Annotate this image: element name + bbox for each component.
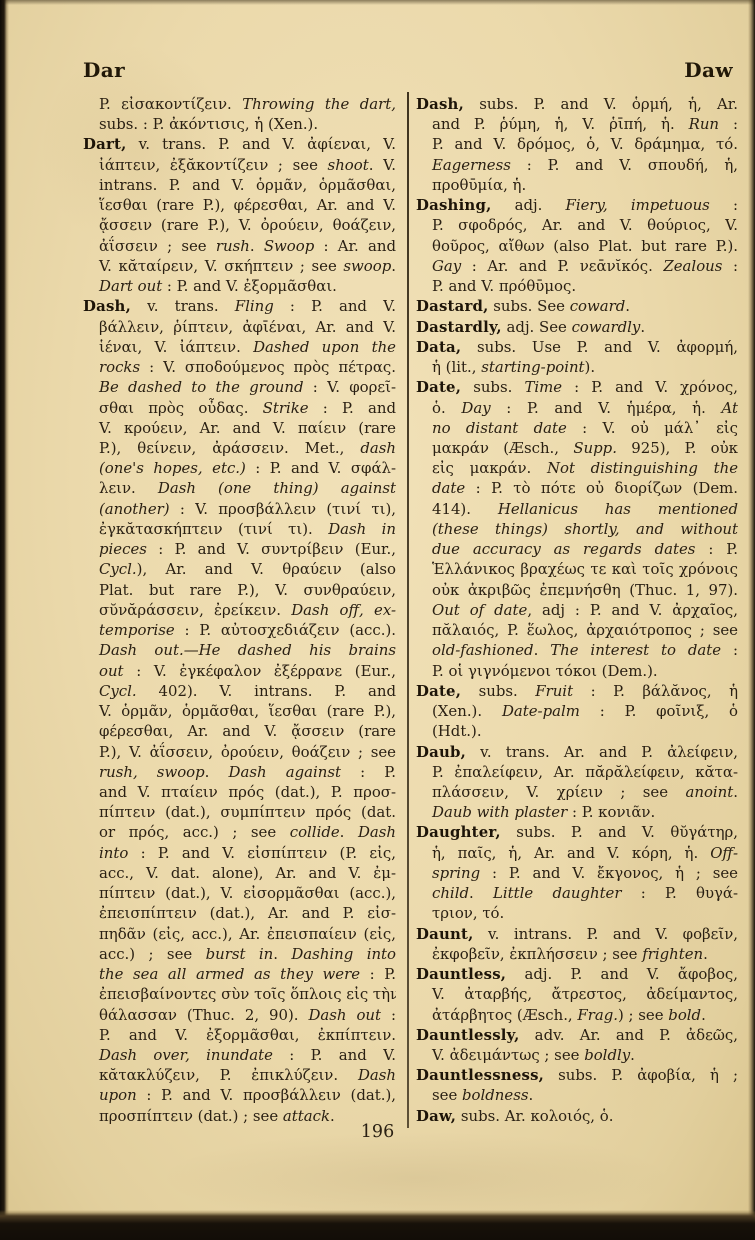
text-segment: θοῦρος, αἴθων (also Plat. but rare P.). — [432, 237, 738, 255]
text-segment: : P. and V. — [274, 297, 396, 315]
text-segment: Ἑλλάνικος βραχέως τε καὶ τοῖς χρόνοις — [432, 560, 738, 578]
text-line: πᾰλαιός, P. ἕωλος, ἀρχαιότροπος ; see — [416, 620, 738, 640]
text-line: μακράν (Æsch., Supp. 925), P. οὐκ — [416, 438, 738, 458]
text-segment: Throwing the dart, — [242, 95, 396, 113]
text-line: 414). Hellanicus has mentioned — [416, 499, 738, 519]
text-segment: : — [719, 115, 738, 133]
scan-edge-bottom — [0, 1210, 755, 1240]
text-line: the sea all armed as they were : P. — [83, 964, 396, 984]
text-line: σῠνᾰράσσειν, ἐρείκειν. Dash off, ex- — [83, 600, 396, 620]
book-page: Dar Daw P. εἰσακοντίζειν. Throwing the d… — [0, 0, 755, 1240]
text-segment: : P. and V. χρόνος, — [562, 378, 738, 396]
headword: Date, — [416, 378, 461, 396]
text-segment: . — [340, 823, 358, 841]
text-line: τριον, τό. — [416, 903, 738, 923]
text-segment: Fruit — [535, 682, 573, 700]
text-line: Dart, v. trans. P. and V. ἀφίεναι, V. — [83, 134, 396, 154]
text-segment: acc.) ; see — [99, 945, 206, 963]
text-line: rocks : V. σποδούμενος πρὸς πέτρας. — [83, 357, 396, 377]
text-segment: temporise — [99, 621, 175, 639]
text-segment: (another) — [99, 500, 170, 518]
text-line: πλάσσειν, V. χρίειν ; see anoint. — [416, 782, 738, 802]
text-segment: P. εἰσακοντίζειν. — [99, 95, 242, 113]
text-line: ᾄσσειν (rare P.), V. ὀρούειν, θοάζειν, — [83, 215, 396, 235]
text-segment: τριον, τό. — [432, 904, 504, 922]
text-segment: (one's hopes, etc.) — [99, 459, 246, 477]
text-line: P. and V. δρόμος, ὁ, V. δράμημα, τό. — [416, 134, 738, 154]
text-segment: ἀΐσσειν ; see — [99, 237, 216, 255]
text-line: Dauntless, adj. P. and V. ἄφοβος, — [416, 964, 738, 984]
text-line: P. and V. πρόθῡμος. — [416, 276, 738, 296]
text-segment: due accuracy as regards dates — [432, 540, 695, 558]
text-segment: ἱέναι, V. ἰάπτειν. — [99, 338, 253, 356]
text-line: V. ἀδειμάντως ; see boldly. — [416, 1045, 738, 1065]
text-segment: Cycl. — [99, 560, 137, 578]
text-segment: Hellanicus has mentioned — [498, 500, 738, 518]
text-line: ἱέναι, V. ἰάπτειν. Dashed upon the — [83, 337, 396, 357]
text-segment: : P. and V. ἡμέρα, ἡ. — [491, 399, 722, 417]
text-segment: Dash — [358, 823, 396, 841]
text-segment: : V. σποδούμενος πρὸς πέτρας. — [140, 358, 396, 376]
text-line: P. and V. ἐξορμᾶσθαι, ἐκπίπτειν. — [83, 1025, 396, 1045]
text-segment: : P. and V. ἐξορμᾶσθαι. — [162, 277, 337, 295]
text-line: out : V. ἐγκέφαλον ἐξέρρανε (Eur., — [83, 661, 396, 681]
text-segment: Supp. — [573, 439, 617, 457]
text-segment: : P. τὸ πότε οὐ διορίζων (Dem. — [465, 479, 738, 497]
text-segment: v. trans. P. and V. ἀφίεναι, V. — [126, 135, 396, 153]
text-segment: date — [432, 479, 465, 497]
text-segment: Gay — [432, 257, 461, 275]
text-line: ἐπεισπίπτειν (dat.), Ar. and P. εἰσ- — [83, 903, 396, 923]
text-segment: acc., V. dat. alone), Ar. and V. ἐμ- — [99, 864, 396, 882]
text-segment: dash — [360, 439, 396, 457]
headword: Daunt, — [416, 925, 473, 943]
text-segment: Little daughter — [493, 884, 621, 902]
text-line: into : P. and V. εἰσπίπτειν (P. εἰς, — [83, 843, 396, 863]
text-segment: bold — [668, 1006, 701, 1024]
headword: Dastard, — [416, 297, 489, 315]
text-segment: ἡ, παῖς, ἡ, Ar. and V. κόρη, ἡ. — [432, 844, 710, 862]
text-segment: P.), V. ἀΐσσειν, ὀρούειν, θοάζειν ; see — [99, 743, 396, 761]
text-segment: σῠνᾰράσσειν, ἐρείκειν. — [99, 601, 291, 619]
text-line: Daughter, subs. P. and V. θῠγάτηρ, — [416, 822, 738, 842]
text-segment: : P. and V. συντρίβειν (Eur., — [147, 540, 396, 558]
text-segment: , adj : P. and V. ἀρχαῖος, — [527, 601, 738, 619]
text-line: φέρεσθαι, Ar. and V. ᾄσσειν (rare — [83, 721, 396, 741]
text-segment: boldness — [462, 1086, 528, 1104]
text-segment: Time — [524, 378, 562, 396]
text-segment: : P. and — [309, 399, 396, 417]
text-segment: : V. οὐ μάλ᾽ εἰς — [567, 419, 738, 437]
text-segment: οὐκ ἀκριβῶς ἐπεμνήσθη (Thuc. 1, 97). — [432, 581, 738, 599]
text-segment: P. and V. ἐξορμᾶσθαι, ἐκπίπτειν. — [99, 1026, 396, 1044]
text-line: θάλασσαν (Thuc. 2, 90). Dash out : — [83, 1005, 396, 1025]
text-segment: into — [99, 844, 128, 862]
text-line: Dauntlessness, subs. P. ἀφοβία, ἡ ; — [416, 1065, 738, 1085]
text-segment: : P. — [341, 763, 396, 781]
text-segment: . — [469, 884, 493, 902]
text-line: or πρός, acc.) ; see collide. Dash — [83, 822, 396, 842]
text-line: see boldness. — [416, 1085, 738, 1105]
text-segment: adj. P. and V. ἄφοβος, — [506, 965, 738, 983]
text-segment: P. σφοδρός, Ar. and V. θούριος, V. — [432, 216, 738, 234]
text-segment: : P. and V. ἔκγονος, ἡ ; see — [480, 864, 738, 882]
text-line: (Hdt.). — [416, 721, 738, 741]
text-line: date : P. τὸ πότε οὐ διορίζων (Dem. — [416, 478, 738, 498]
text-line: πίπτειν (dat.), V. εἰσορμᾶσθαι (acc.), — [83, 883, 396, 903]
scan-edge-right — [748, 0, 755, 1240]
text-segment: : — [721, 641, 738, 659]
text-line: πίπτειν (dat.), συμπίπτειν πρός (dat. — [83, 802, 396, 822]
text-segment: subs. P. ἀφοβία, ἡ ; — [544, 1066, 738, 1084]
text-segment: shoot — [328, 156, 369, 174]
text-segment: rocks — [99, 358, 140, 376]
text-line: Eagerness : P. and V. σπουδή, ἡ, — [416, 155, 738, 175]
text-line: ἐκφοβεῖν, ἐκπλήσσειν ; see frighten. — [416, 944, 738, 964]
text-line: Gay : Ar. and P. νεᾱνῐκός. Zealous : — [416, 256, 738, 276]
text-line: old-fashioned. The interest to date : — [416, 640, 738, 660]
text-segment: Eagerness — [432, 156, 511, 174]
headword: Dashing, — [416, 196, 491, 214]
text-segment: see — [432, 1086, 462, 1104]
text-segment: πᾰλαιός, P. ἕωλος, ἀρχαιότροπος ; see — [432, 621, 738, 639]
text-segment: Dashed upon the — [253, 338, 396, 356]
text-segment: ἐκφοβεῖν, ἐκπλήσσειν ; see — [432, 945, 642, 963]
text-segment: upon — [99, 1086, 137, 1104]
text-line: ἐπεισβαίνοντες σὺν τοῖς ὅπλοις εἰς τὴν — [83, 984, 396, 1004]
text-line: (another) : V. προσβάλλειν (τινί τι), — [83, 499, 396, 519]
text-segment: V. ἀδειμάντως ; see — [432, 1046, 584, 1064]
text-line: P. ἐπαλείφειν, Ar. πᾰρᾰλείφειν, κᾰτα- — [416, 762, 738, 782]
text-segment: βάλλειν, ῥίπτειν, ἀφῑέναι, Ar. and V. — [99, 318, 396, 336]
text-segment: rush — [216, 237, 250, 255]
text-line: subs. : P. ἀκόντισις, ἡ (Xen.). — [83, 114, 396, 134]
text-line: Date, subs. Time : P. and V. χρόνος, — [416, 377, 738, 397]
headword: Dauntlessly, — [416, 1026, 519, 1044]
headword: Dauntlessness, — [416, 1066, 544, 1084]
text-line: Dastardly, adj. See cowardly. — [416, 317, 738, 337]
text-segment: : P. αὐτοσχεδιάζειν (acc.). — [175, 621, 396, 639]
text-segment: Date-palm — [502, 702, 580, 720]
text-line: P. οἱ γιγνόμενοι τόκοι (Dem.). — [416, 661, 738, 681]
text-segment: . V. — [369, 156, 396, 174]
text-segment: ἰάπτειν, ἐξᾰκοντίζειν ; see — [99, 156, 328, 174]
text-segment: . — [528, 1086, 533, 1104]
text-line: Dash out.—He dashed his brains — [83, 640, 396, 660]
text-segment: V. ὁρμᾶν, ὁρμᾶσθαι, ἵεσθαι (rare P.), — [99, 702, 396, 720]
text-line: Daub, v. trans. Ar. and P. ἀλείφειν, — [416, 742, 738, 762]
text-segment: collide — [290, 823, 340, 841]
page-number: 196 — [0, 1122, 755, 1142]
text-segment: (Hdt.). — [432, 722, 482, 740]
text-line: ἐγκᾰτασκήπτειν (τινί τι). Dash in — [83, 519, 396, 539]
text-segment: frighten — [642, 945, 703, 963]
dictionary-column-left: P. εἰσακοντίζειν. Throwing the dart,subs… — [83, 94, 396, 1126]
text-line: θοῦρος, αἴθων (also Plat. but rare P.). — [416, 236, 738, 256]
text-line: acc., V. dat. alone), Ar. and V. ἐμ- — [83, 863, 396, 883]
text-segment: Dash over, inundate — [99, 1046, 273, 1064]
text-segment: . — [273, 945, 291, 963]
text-segment: out — [99, 662, 124, 680]
text-segment: : P. βάλᾰνος, ἡ — [573, 682, 738, 700]
text-segment: . — [534, 641, 551, 659]
text-segment: cowardly — [572, 318, 641, 336]
text-segment: ἐγκᾰτασκήπτειν (τινί τι). — [99, 520, 328, 538]
text-segment: old-fashioned — [432, 641, 534, 659]
text-segment: : V. προσβάλλειν (τινί τι), — [170, 500, 396, 518]
text-segment: Dash (one thing) against — [158, 479, 396, 497]
text-segment: . — [703, 945, 708, 963]
text-line: acc.) ; see burst in. Dashing into — [83, 944, 396, 964]
text-segment: Out of date — [432, 601, 527, 619]
text-segment: σθαι πρὸς οὖδας. — [99, 399, 263, 417]
text-segment: Dash off, ex- — [291, 601, 396, 619]
headword: Data, — [416, 338, 461, 356]
text-segment: Zealous — [663, 257, 722, 275]
text-line: ἀΐσσειν ; see rush. Swoop : Ar. and — [83, 236, 396, 256]
text-line: Dash, subs. P. and V. ὁρμή, ἡ, Ar. — [416, 94, 738, 114]
text-segment: Run — [689, 115, 719, 133]
text-segment: : P. and V. σπουδή, ἡ, — [511, 156, 738, 174]
text-line: spring : P. and V. ἔκγονος, ἡ ; see — [416, 863, 738, 883]
text-segment: . — [640, 318, 645, 336]
text-segment: Cycl. — [99, 682, 137, 700]
text-line: σθαι πρὸς οὖδας. Strike : P. and — [83, 398, 396, 418]
text-line: Cycl. 402). V. intrans. P. and — [83, 681, 396, 701]
text-segment: φέρεσθαι, Ar. and V. ᾄσσειν (rare — [99, 722, 396, 740]
text-segment: . — [391, 257, 396, 275]
text-segment: Frag. — [577, 1006, 618, 1024]
headword: Daub, — [416, 743, 466, 761]
text-line: Cycl.), Ar. and V. θραύειν (also — [83, 559, 396, 579]
text-segment: P. and V. πρόθῡμος. — [432, 277, 576, 295]
headword: Daughter, — [416, 823, 501, 841]
text-segment: burst in — [206, 945, 274, 963]
text-segment: Day — [461, 399, 490, 417]
text-segment: child — [432, 884, 469, 902]
text-line: ἀτάρβητος (Æsch., Frag.) ; see bold. — [416, 1005, 738, 1025]
text-segment: P.), θείνειν, ἀράσσειν. Met., — [99, 439, 360, 457]
text-segment: and V. πταίειν πρός (dat.), P. προσ- — [99, 783, 396, 801]
text-segment: προθῡμία, ἡ. — [432, 176, 526, 194]
text-segment: . — [630, 1046, 635, 1064]
text-line: ἰάπτειν, ἐξᾰκοντίζειν ; see shoot. V. — [83, 155, 396, 175]
text-line: ἡ, παῖς, ἡ, Ar. and V. κόρη, ἡ. Off- — [416, 843, 738, 863]
text-segment: Daub with plaster — [432, 803, 567, 821]
text-line: οὐκ ἀκριβῶς ἐπεμνήσθη (Thuc. 1, 97). — [416, 580, 738, 600]
running-head-right: Daw — [684, 58, 733, 82]
text-line: upon : P. and V. προσβάλλειν (dat.), — [83, 1085, 396, 1105]
text-segment: . — [205, 763, 229, 781]
text-segment: . — [250, 237, 264, 255]
text-segment: the sea all armed as they were — [99, 965, 360, 983]
text-line: ἵεσθαι (rare P.), φέρεσθαι, Ar. and V. — [83, 195, 396, 215]
text-segment: 414). — [432, 500, 498, 518]
text-segment: adj. — [491, 196, 565, 214]
text-line: ὁ. Day : P. and V. ἡμέρα, ἡ. At — [416, 398, 738, 418]
text-segment: Dashing into — [291, 945, 396, 963]
text-segment: V. κᾰταίρειν, V. σκήπτειν ; see — [99, 257, 343, 275]
text-segment: pieces — [99, 540, 147, 558]
headword: Dauntless, — [416, 965, 506, 983]
text-segment: Plat. but rare P.), V. συνθραύειν, — [99, 581, 396, 599]
text-segment: : P. — [695, 540, 738, 558]
text-segment: Fling — [235, 297, 274, 315]
text-line: V. ἀταρβής, ἄτρεστος, ἀδείμαντος, — [416, 984, 738, 1004]
text-segment: . — [701, 1006, 706, 1024]
text-segment: : V. φορεῖ- — [304, 378, 396, 396]
text-line: λειν. Dash (one thing) against — [83, 478, 396, 498]
text-segment: Dash — [358, 1066, 396, 1084]
text-segment: Be dashed to the ground — [99, 378, 304, 396]
text-segment: . — [733, 783, 738, 801]
text-segment: Dash in — [328, 520, 396, 538]
running-heads: Dar Daw — [83, 58, 733, 82]
text-segment: ἡ (lit., — [432, 358, 481, 376]
text-segment: and P. ῥύμη, ἡ, V. ῥῑπή, ἡ. — [432, 115, 689, 133]
text-segment: adv. Ar. and P. ἀδεῶς, — [519, 1026, 738, 1044]
text-line: P. σφοδρός, Ar. and V. θούριος, V. — [416, 215, 738, 235]
text-segment: Strike — [263, 399, 309, 417]
scan-edge-left — [0, 0, 9, 1240]
text-segment: At — [722, 399, 738, 417]
text-line: due accuracy as regards dates : P. — [416, 539, 738, 559]
text-line: Dashing, adj. Fiery, impetuous : — [416, 195, 738, 215]
text-line: Dart out : P. and V. ἐξορμᾶσθαι. — [83, 276, 396, 296]
text-line: intrans. P. and V. ὁρμᾶν, ὁρμᾶσθαι, — [83, 175, 396, 195]
text-segment: : P. and V. — [273, 1046, 396, 1064]
text-segment: The interest to date — [550, 641, 721, 659]
text-segment: πλάσσειν, V. χρίειν ; see — [432, 783, 685, 801]
text-line: pieces : P. and V. συντρίβειν (Eur., — [83, 539, 396, 559]
text-segment: 402). V. intrans. P. and — [137, 682, 396, 700]
headword: Dash, — [83, 297, 131, 315]
text-segment: v. trans. Ar. and P. ἀλείφειν, — [466, 743, 738, 761]
text-segment: θάλασσαν (Thuc. 2, 90). — [99, 1006, 308, 1024]
text-segment: starting-point — [481, 358, 584, 376]
text-segment: Not distinguishing the — [547, 459, 738, 477]
text-segment: : Ar. and P. νεᾱνῐκός. — [461, 257, 663, 275]
text-segment: : P. θυγά- — [621, 884, 738, 902]
text-segment: : P. — [360, 965, 396, 983]
text-segment: πίπτειν (dat.), V. εἰσορμᾶσθαι (acc.), — [99, 884, 396, 902]
text-segment: : — [381, 1006, 396, 1024]
column-divider-rule — [407, 92, 409, 1128]
text-line: Dash over, inundate : P. and V. — [83, 1045, 396, 1065]
text-segment: κᾰτακλύζειν, P. ἐπικλύζειν. — [99, 1066, 358, 1084]
text-segment: P. ἐπαλείφειν, Ar. πᾰρᾰλείφειν, κᾰτα- — [432, 763, 738, 781]
text-segment: swoop — [343, 257, 391, 275]
text-segment: (Xen.). — [432, 702, 502, 720]
text-line: Out of date, adj : P. and V. ἀρχαῖος, — [416, 600, 738, 620]
text-segment: μακράν (Æsch., — [432, 439, 573, 457]
text-segment: anoint — [685, 783, 733, 801]
text-line: V. κᾰταίρειν, V. σκήπτειν ; see swoop. — [83, 256, 396, 276]
text-line: Date, subs. Fruit : P. βάλᾰνος, ἡ — [416, 681, 738, 701]
headword: Dash, — [416, 95, 464, 113]
text-line: (these things) shortly, and without — [416, 519, 738, 539]
text-line: P.), θείνειν, ἀράσσειν. Met., dash — [83, 438, 396, 458]
text-line: no distant date : V. οὐ μάλ᾽ εἰς — [416, 418, 738, 438]
text-line: V. κρούειν, Ar. and V. παίειν (rare — [83, 418, 396, 438]
text-segment: πίπτειν (dat.), συμπίπτειν πρός (dat. — [99, 803, 396, 821]
text-line: Ἑλλάνικος βραχέως τε καὶ τοῖς χρόνοις — [416, 559, 738, 579]
text-segment: ἐπεισβαίνοντες σὺν τοῖς ὅπλοις εἰς τὴν — [99, 985, 396, 1003]
text-segment: rush, swoop — [99, 763, 205, 781]
text-segment: adj. See — [502, 318, 572, 336]
text-segment: Fiery, impetuous — [566, 196, 710, 214]
text-line: Dastard, subs. See coward. — [416, 296, 738, 316]
text-segment: ἵεσθαι (rare P.), φέρεσθαι, Ar. and V. — [99, 196, 396, 214]
text-segment: P. and V. δρόμος, ὁ, V. δράμημα, τό. — [432, 135, 738, 153]
text-segment: subs. — [461, 378, 524, 396]
dictionary-column-right: Dash, subs. P. and V. ὁρμή, ἡ, Ar.and P.… — [416, 94, 738, 1126]
text-segment: v. intrans. P. and V. φοβεῖν, — [473, 925, 738, 943]
text-segment: : — [722, 257, 738, 275]
text-segment: : P. and V. προσβάλλειν (dat.), — [137, 1086, 396, 1104]
text-line: (one's hopes, etc.) : P. and V. σφάλ- — [83, 458, 396, 478]
text-line: V. ὁρμᾶν, ὁρμᾶσθαι, ἵεσθαι (rare P.), — [83, 701, 396, 721]
text-segment: V. κρούειν, Ar. and V. παίειν (rare — [99, 419, 396, 437]
text-segment: subs. Use P. and V. ἀφορμή, — [461, 338, 738, 356]
text-segment: subs. P. and V. ὁρμή, ἡ, Ar. — [464, 95, 738, 113]
headword: Dart, — [83, 135, 126, 153]
headword: Date, — [416, 682, 461, 700]
text-segment: ). — [585, 358, 596, 376]
text-segment: λειν. — [99, 479, 158, 497]
text-line: ἡ (lit., starting-point). — [416, 357, 738, 377]
text-segment: coward — [570, 297, 626, 315]
text-line: rush, swoop. Dash against : P. — [83, 762, 396, 782]
text-line: temporise : P. αὐτοσχεδιάζειν (acc.). — [83, 620, 396, 640]
text-segment: (these things) shortly, and without — [432, 520, 738, 538]
headword: Dastardly, — [416, 318, 502, 336]
text-line: Dash, v. trans. Fling : P. and V. — [83, 296, 396, 316]
text-line: Plat. but rare P.), V. συνθραύειν, — [83, 580, 396, 600]
text-segment: ) ; see — [618, 1006, 668, 1024]
text-segment: subs. : P. ἀκόντισις, ἡ (Xen.). — [99, 115, 318, 133]
text-segment: no distant date — [432, 419, 567, 437]
text-segment: boldly — [584, 1046, 630, 1064]
text-line: Dauntlessly, adv. Ar. and P. ἀδεῶς, — [416, 1025, 738, 1045]
text-segment: subs. See — [489, 297, 570, 315]
text-segment: πηδᾶν (εἰς, acc.), Ar. ἐπεισπαίειν (εἰς, — [99, 925, 396, 943]
text-line: (Xen.). Date-palm : P. φοῖνιξ, ὁ — [416, 701, 738, 721]
text-segment: Off- — [710, 844, 738, 862]
text-line: and V. πταίειν πρός (dat.), P. προσ- — [83, 782, 396, 802]
text-segment: ὁ. — [432, 399, 461, 417]
text-line: P. εἰσακοντίζειν. Throwing the dart, — [83, 94, 396, 114]
text-segment: ᾄσσειν (rare P.), V. ὀρούειν, θοάζειν, — [99, 216, 396, 234]
text-segment: spring — [432, 864, 480, 882]
text-line: κᾰτακλύζειν, P. ἐπικλύζειν. Dash — [83, 1065, 396, 1085]
text-segment: : P. and V. εἰσπίπτειν (P. εἰς, — [128, 844, 396, 862]
text-segment: 925), P. οὐκ — [617, 439, 738, 457]
text-segment: intrans. P. and V. ὁρμᾶν, ὁρμᾶσθαι, — [99, 176, 396, 194]
text-segment: subs. P. and V. θῠγάτηρ, — [501, 823, 738, 841]
scan-edge-top — [0, 0, 755, 5]
text-line: βάλλειν, ῥίπτειν, ἀφῑέναι, Ar. and V. — [83, 317, 396, 337]
text-line: εἰς μακράν. Not distinguishing the — [416, 458, 738, 478]
text-segment: ἐπεισπίπτειν (dat.), Ar. and P. εἰσ- — [99, 904, 396, 922]
text-line: and P. ῥύμη, ἡ, V. ῥῑπή, ἡ. Run : — [416, 114, 738, 134]
text-segment: Dash against — [229, 763, 341, 781]
text-line: Data, subs. Use P. and V. ἀφορμή, — [416, 337, 738, 357]
text-segment: P. οἱ γιγνόμενοι τόκοι (Dem.). — [432, 662, 658, 680]
text-line: προθῡμία, ἡ. — [416, 175, 738, 195]
text-segment: : P. φοῖνιξ, ὁ — [580, 702, 738, 720]
text-line: Daunt, v. intrans. P. and V. φοβεῖν, — [416, 924, 738, 944]
